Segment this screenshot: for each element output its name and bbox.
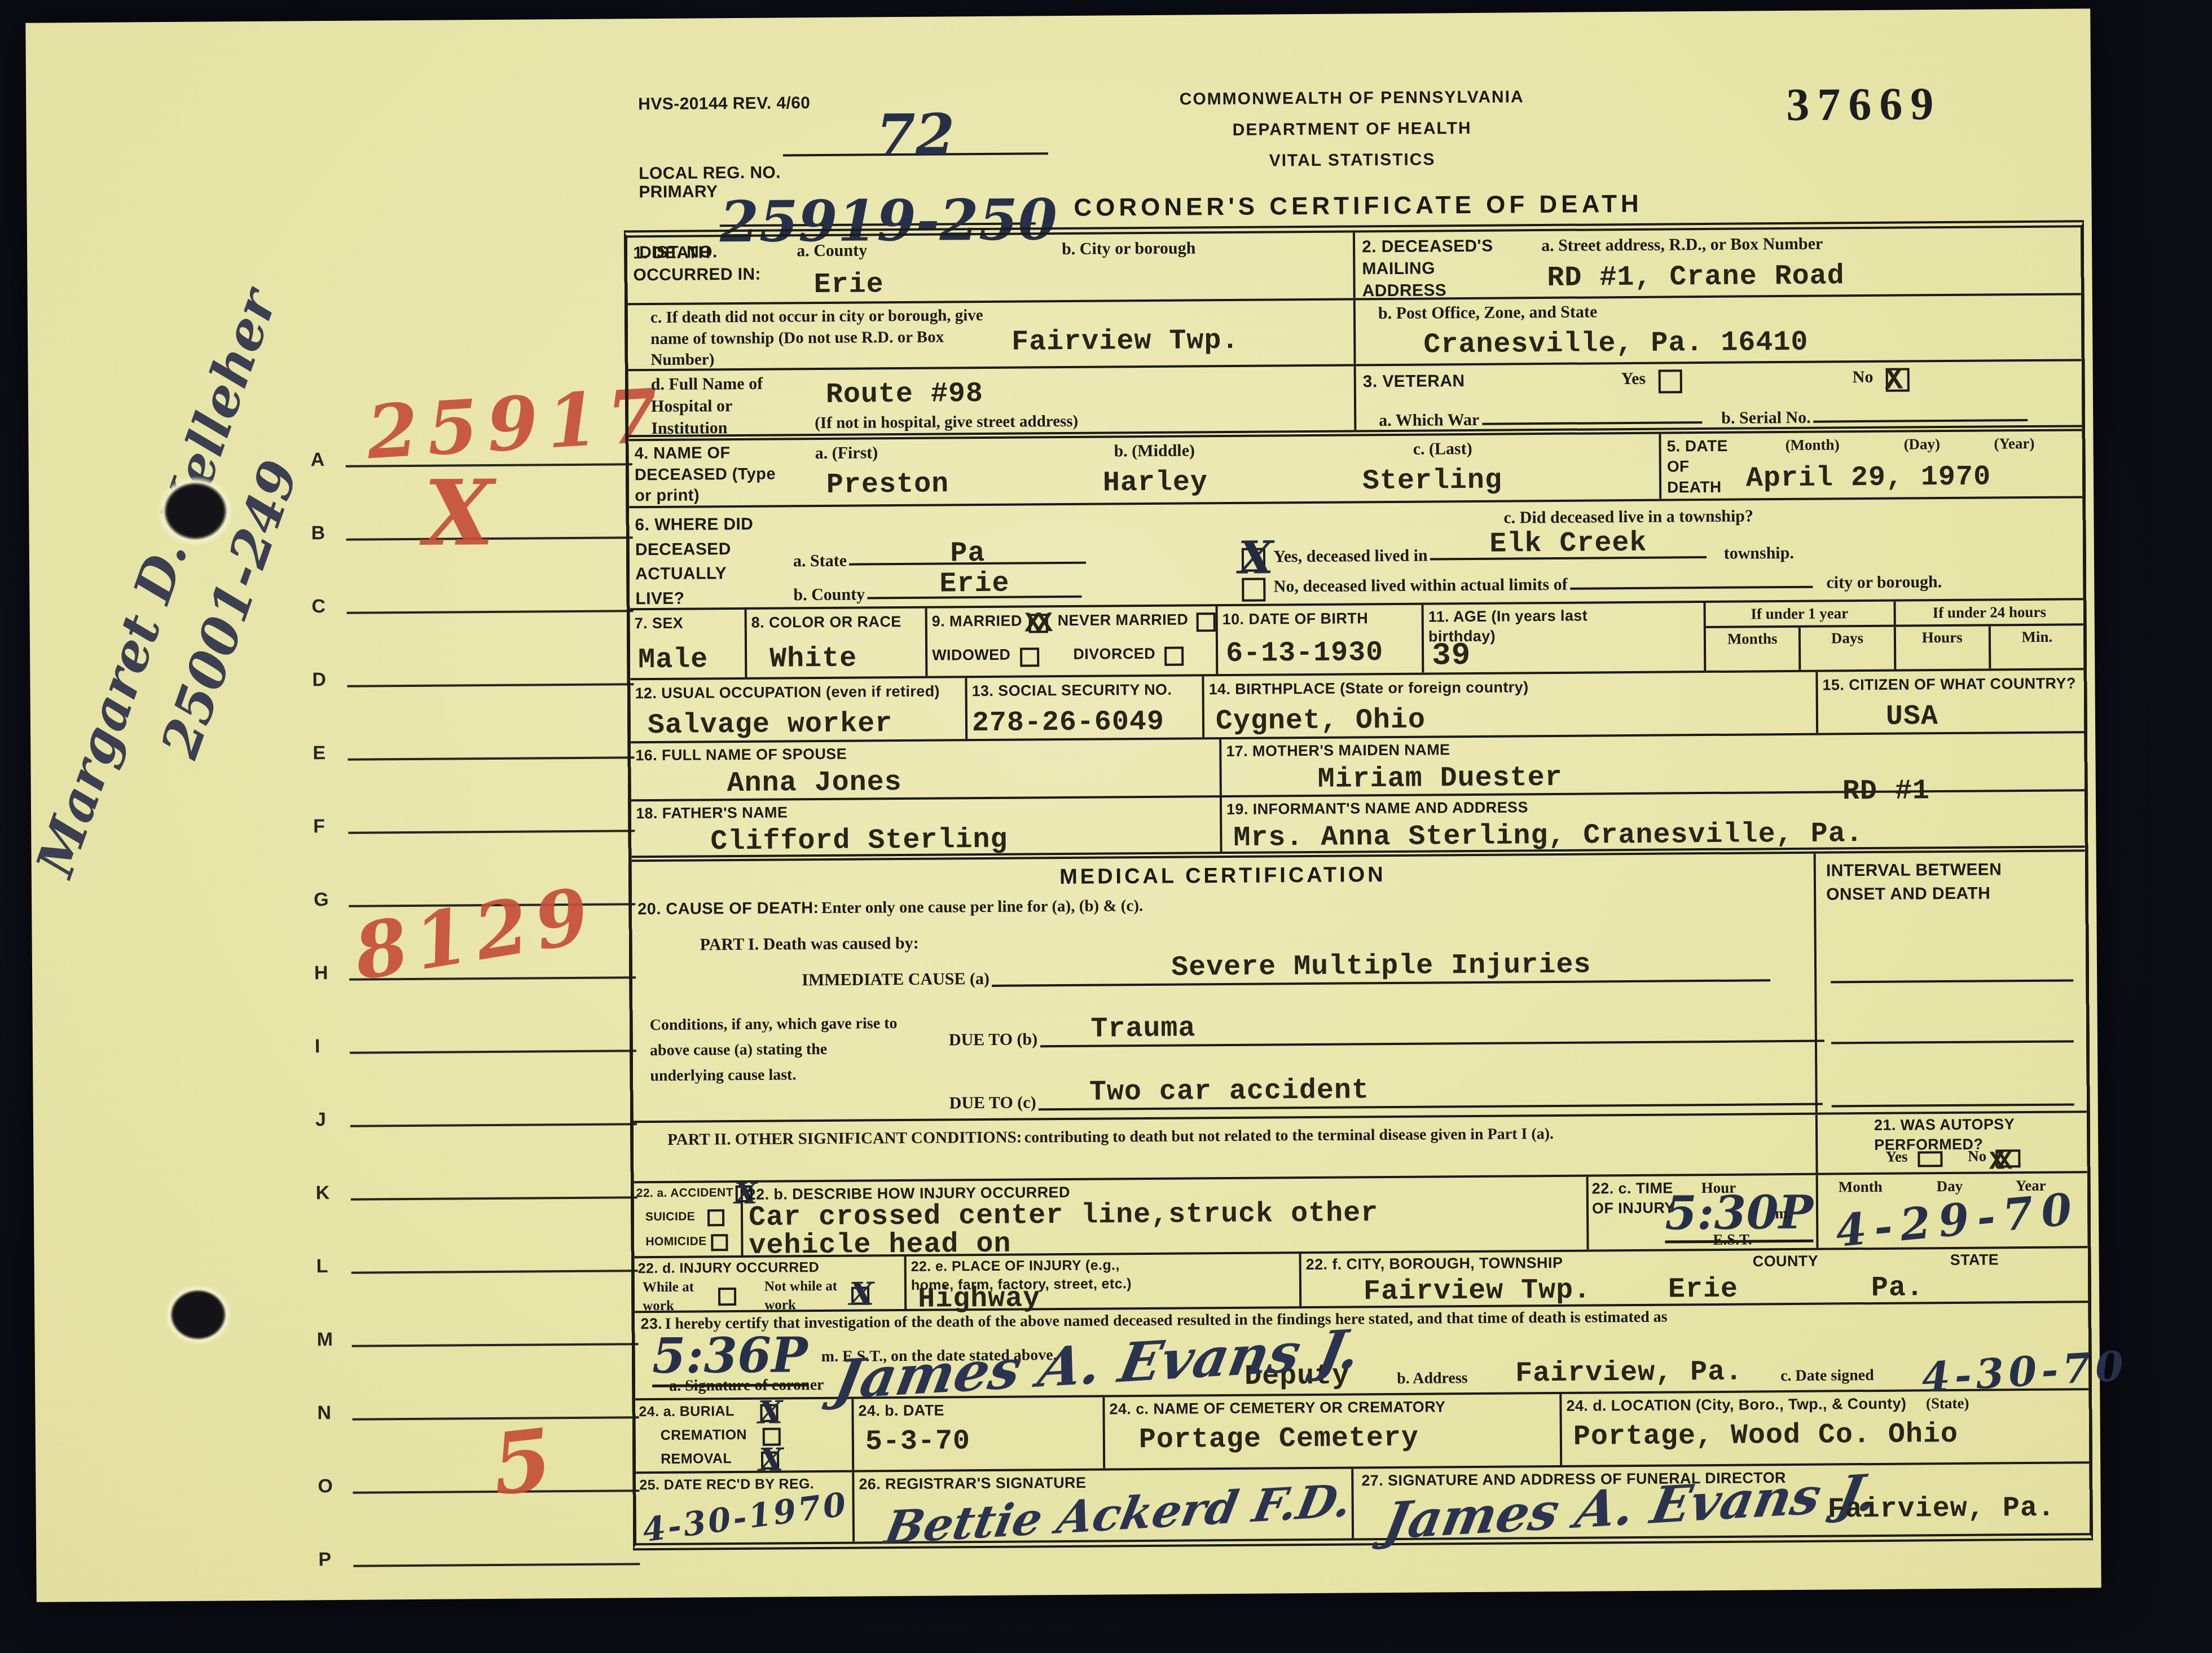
box8-label: 8. COLOR OR RACE <box>751 612 901 633</box>
county-header: COUNTY <box>1753 1251 1819 1272</box>
box6-no-checkbox <box>1242 578 1265 601</box>
vital-statistics: VITAL STATISTICS <box>1098 147 1606 173</box>
cause-a-value: Severe Multiple Injuries <box>1171 949 1591 984</box>
box14-label: 14. BIRTHPLACE (State or foreign country… <box>1208 677 1528 699</box>
box20-part1: PART I. Death was caused by: <box>700 932 919 956</box>
box24c-label: 24. c. NAME OF CEMETERY OR CREMATORY <box>1109 1397 1445 1419</box>
box2-top: 2. DECEASED'S MAILING ADDRESS a. Street … <box>1355 227 2081 298</box>
box6a-label: a. State <box>793 552 847 571</box>
interval-line-a <box>1831 980 2073 984</box>
box15: 15. CITIZEN OF WHAT COUNTRY? USA <box>1818 670 2084 733</box>
under-24-hours-header: If under 24 hours <box>1896 600 2083 624</box>
box3-no-mark: X <box>1885 363 1898 398</box>
certificate-title: CORONER'S CERTIFICATE OF DEATH <box>1059 188 1657 224</box>
local-reg-label: LOCAL REG. NO. <box>639 163 781 183</box>
index-letter: N <box>317 1402 331 1424</box>
box11-subtable: If under 1 year If under 24 hours Months… <box>1706 600 2084 671</box>
box22f-label: 22. f. CITY, BOROUGH, TOWNSHIP <box>1306 1253 1563 1275</box>
date-signed-label: c. Date signed <box>1780 1365 1874 1387</box>
box3a-label: a. Which War <box>1379 411 1479 430</box>
interval-label: INTERVAL BETWEEN ONSET AND DEATH <box>1826 858 2064 907</box>
box21: 21. WAS AUTOPSY PERFORMED? Yes No XX <box>1818 1113 2087 1172</box>
index-line <box>353 1563 640 1567</box>
red-annotation-25917: 25917 <box>364 372 669 475</box>
box9-divorced-label: DIVORCED <box>1073 645 1155 663</box>
index-line <box>347 610 634 614</box>
box4a-label: a. (First) <box>815 442 878 464</box>
department: DEPARTMENT OF HEALTH <box>1098 116 1606 142</box>
box22b-value1: Car crossed center line,struck other <box>749 1197 1379 1234</box>
interval-line-c <box>1832 1104 2074 1108</box>
part2: PART II. OTHER SIGNIFICANT CONDITIONS: c… <box>634 1115 1818 1182</box>
box3a-line <box>1482 404 1702 425</box>
index-letter: B <box>311 522 325 544</box>
local-reg: LOCAL REG. NO. 72 <box>639 123 1049 184</box>
dist-no-fill: 25919-250 <box>720 202 1036 227</box>
box5-day-label: (Day) <box>1903 434 1940 455</box>
box24c-value: Portage Cemetery <box>1139 1422 1419 1456</box>
box1d-note: (If not in hospital, give street address… <box>815 411 1078 434</box>
index-letter: J <box>315 1109 326 1131</box>
days-header: Days <box>1801 627 1896 670</box>
box24a: 24. a. BURIALX CREMATION REMOVALX <box>635 1399 854 1472</box>
local-reg-fill: 72 <box>783 123 1048 156</box>
box3-yes-label: Yes <box>1621 369 1646 388</box>
box18: 18. FATHER'S NAME Clifford Sterling <box>631 797 1222 856</box>
due-to-c-label: DUE TO (c) <box>949 1093 1036 1112</box>
box22e-value: Highway <box>918 1282 1040 1316</box>
box7-label: 7. SEX <box>635 614 684 634</box>
address-value: Fairview, Pa. <box>1515 1356 1743 1390</box>
box24d-value: Portage, Wood Co. Ohio <box>1573 1418 1958 1453</box>
box6-no-label: No, deceased lived within actual limits … <box>1274 575 1568 596</box>
box6b-label: b. County <box>793 585 865 604</box>
removal-label: REMOVAL <box>661 1451 732 1467</box>
box22b: 22. b. DESCRIBE HOW INJURY OCCURRED Car … <box>743 1177 1589 1255</box>
box13: 13. SOCIAL SECURITY NO. 278-26-6049 <box>967 676 1204 739</box>
box5-value: April 29, 1970 <box>1746 461 1991 495</box>
box13-value: 278-26-6049 <box>972 706 1164 739</box>
box17-extra: RD #1 <box>1842 775 1930 808</box>
box4-first: Preston <box>826 468 949 501</box>
box1d: d. Full Name of Hospital or Institution … <box>628 366 1357 435</box>
box9-married-checkbox: XX <box>1029 614 1048 633</box>
box9-married-label: 9. MARRIED <box>932 612 1022 630</box>
index-line <box>350 1123 637 1127</box>
box5-month-label: (Month) <box>1785 435 1839 455</box>
box4-last: Sterling <box>1362 465 1502 498</box>
box21-no-checkbox: XX <box>1996 1149 2021 1167</box>
cause-b-fill: Trauma <box>1040 1016 1824 1048</box>
box2a-label: a. Street address, R.D., or Box Number <box>1541 233 1823 257</box>
box4b-label: b. (Middle) <box>1114 439 1195 462</box>
index-line <box>347 683 634 687</box>
interval-line-b <box>1831 1041 2074 1044</box>
box20-note: Enter only one cause per line for (a), (… <box>821 897 1143 917</box>
box6-no-line <box>1570 569 1813 590</box>
box1c-label: c. If death did not occur in city or bor… <box>650 305 1001 371</box>
cause-b-value: Trauma <box>1090 1012 1195 1045</box>
box19-value: Mrs. Anna Sterling, Cranesville, Pa. <box>1233 818 1863 854</box>
index-letter: K <box>316 1182 330 1204</box>
box6a-fill: Pa <box>849 541 1086 566</box>
box14-value: Cygnet, Ohio <box>1216 704 1426 738</box>
box3: 3. VETERAN Yes No X a. Which War b. Seri… <box>1356 361 2082 430</box>
immediate-cause-label: IMMEDIATE CAUSE (a) <box>802 969 990 989</box>
index-letter: I <box>315 1035 320 1057</box>
box20-label: 20. CAUSE OF DEATH: <box>637 899 819 918</box>
box22c-label: 22. c. TIME OF INJURY <box>1592 1178 1677 1218</box>
box2b: b. Post Office, Zone, and State Cranesvi… <box>1356 295 2082 364</box>
accident-label: 22. a. ACCIDENT <box>636 1186 733 1200</box>
box25: 25. DATE REC'D BY REG. 4-30-1970 <box>636 1473 855 1544</box>
cremation-label: CREMATION <box>661 1427 747 1443</box>
index-letter: D <box>312 669 326 691</box>
box24b-value: 5-3-70 <box>865 1425 970 1458</box>
box1b-label: b. City or borough <box>1062 237 1196 260</box>
box9-divorced-checkbox <box>1164 646 1184 665</box>
index-line <box>351 1196 637 1201</box>
box27: 27. SIGNATURE AND ADDRESS OF FUNERAL DIR… <box>1353 1464 2090 1538</box>
index-line <box>348 756 634 761</box>
box7: 7. SEX Male <box>630 610 747 678</box>
header-center: COMMONWEALTH OF PENNSYLVANIA DEPARTMENT … <box>1098 85 1606 173</box>
under-1-year-header: If under 1 year <box>1706 602 1896 626</box>
certificate-paper: Margaret D. Kelleher 25001-249 A B C D E… <box>25 8 2101 1602</box>
box1d-value: Route #98 <box>826 378 983 411</box>
box5-label: 5. DATE OF DEATH <box>1666 436 1746 498</box>
due-to-b-label: DUE TO (b) <box>949 1030 1037 1049</box>
box12: 12. USUAL OCCUPATION (even if retired) S… <box>630 678 968 741</box>
box22c: 22. c. TIME OF INJURY Hour 5:30P m. E.S.… <box>1589 1175 1819 1250</box>
primary-label: PRIMARY <box>639 180 718 203</box>
suicide-label: SUICIDE <box>645 1210 695 1224</box>
box6-yes-checkbox: X <box>1242 548 1265 571</box>
box2b-value: Cranesville, Pa. 16410 <box>1423 327 1808 362</box>
box3-no-label: No <box>1853 368 1874 386</box>
box2b-label: b. Post Office, Zone, and State <box>1378 301 1598 324</box>
box22d: 22. d. INJURY OCCURRED While at work Not… <box>635 1257 907 1311</box>
clerk-name: Margaret D. Kelleher <box>0 118 354 1048</box>
box6-label: 6. WHERE DID DECEASED ACTUALLY LIVE? <box>635 512 759 611</box>
state-value: Pa. <box>1871 1272 1924 1304</box>
box3b-label: b. Serial No. <box>1721 408 1811 427</box>
address-label: b. Address <box>1397 1368 1468 1389</box>
box21-no-label: No <box>1968 1148 1986 1165</box>
index-line <box>348 830 635 834</box>
removal-checkbox: X <box>761 1451 779 1469</box>
month-header: Month <box>1839 1177 1883 1197</box>
box10-label: 10. DATE OF BIRTH <box>1222 609 1369 629</box>
box19: 19. INFORMANT'S NAME AND ADDRESS Mrs. An… <box>1222 791 2085 852</box>
index-letter: G <box>314 889 329 911</box>
red-annotation-x: X <box>424 460 494 566</box>
box17: 17. MOTHER'S MAIDEN NAME Miriam Duester … <box>1221 733 2085 795</box>
hours-header: Hours <box>1896 627 1991 669</box>
box4-label: 4. NAME OF DECEASED (Type or print) <box>635 443 776 508</box>
box14: 14. BIRTHPLACE (State or foreign country… <box>1204 672 1818 738</box>
box13-label: 13. SOCIAL SECURITY NO. <box>971 680 1172 702</box>
box9-never-label: NEVER MARRIED <box>1058 611 1189 629</box>
index-letter: A <box>311 449 325 471</box>
box24d-label: 24. d. LOCATION (City, Boro., Twp., & Co… <box>1566 1395 1906 1414</box>
box24b: 24. b. DATE 5-3-70 <box>854 1398 1105 1470</box>
box6b-fill: Erie <box>867 575 1081 600</box>
box21-yes-checkbox <box>1918 1151 1943 1167</box>
box26: 26. REGISTRAR'S SIGNATURE Bettie Ackerd … <box>854 1469 1354 1541</box>
box15-label: 15. CITIZEN OF WHAT COUNTRY? <box>1822 673 2075 695</box>
cause-a-fill: Severe Multiple Injuries <box>992 955 1770 987</box>
box23: 23. I hereby certify that investigation … <box>635 1303 2088 1398</box>
index-letter: H <box>314 962 328 984</box>
box9-widowed-checkbox <box>1020 647 1039 667</box>
box6-yes-label: Yes, deceased lived in <box>1273 546 1428 566</box>
state-header: STATE <box>1950 1250 1999 1270</box>
index-letter: E <box>313 742 326 764</box>
box24d-state-label: (State) <box>1926 1395 1969 1412</box>
box18-value: Clifford Sterling <box>710 824 1008 858</box>
box24c: 24. c. NAME OF CEMETERY OR CREMATORY Por… <box>1105 1394 1562 1469</box>
est-label: E.S.T. <box>1713 1229 1752 1250</box>
box16-label: 16. FULL NAME OF SPOUSE <box>635 744 847 766</box>
box1-top: 1. DEATH OCCURRED IN: a. County Erie b. … <box>627 232 1356 303</box>
box3-label: 3. VETERAN <box>1363 370 1465 393</box>
certificate-number-stamp: 37669 <box>1786 77 1942 131</box>
homicide-label: HOMICIDE <box>645 1235 706 1248</box>
box1c-value: Fairview Twp. <box>1012 325 1239 359</box>
conditions-note: Conditions, if any, which gave rise to a… <box>650 1011 904 1089</box>
burial-label: 24. a. BURIAL <box>639 1403 734 1420</box>
time-m-suffix: m. <box>1775 1204 1791 1223</box>
certificate-form: 1. DEATH OCCURRED IN: a. County Erie b. … <box>624 220 2093 1550</box>
box4-middle: Harley <box>1103 466 1208 499</box>
red-annotation-5: 5 <box>487 1409 557 1515</box>
box25-label: 25. DATE REC'D BY REG. <box>639 1475 814 1495</box>
box6-township-value: Elk Creek <box>1489 527 1647 561</box>
while-at-work-checkbox <box>718 1288 736 1306</box>
box1c: c. If death did not occur in city or bor… <box>628 300 1356 369</box>
box3-yes-checkbox <box>1658 369 1682 393</box>
box17-label: 17. MOTHER'S MAIDEN NAME <box>1226 740 1450 761</box>
photo-background: Margaret D. Kelleher 25001-249 A B C D E… <box>0 0 2212 1653</box>
cause-c-fill: Two car accident <box>1039 1079 1823 1111</box>
commonwealth: COMMONWEALTH OF PENNSYLVANIA <box>1098 85 1606 111</box>
part2-label: PART II. OTHER SIGNIFICANT CONDITIONS: <box>667 1129 1022 1149</box>
box6-township-fill: Elk Creek <box>1430 536 1707 560</box>
box11: 11. AGE (In years last birthday) 39 If u… <box>1424 600 2084 672</box>
box21-yes-label: Yes <box>1885 1148 1907 1165</box>
local-reg-value: 72 <box>876 101 955 168</box>
box16-value: Anna Jones <box>727 766 902 800</box>
index-letter: F <box>313 816 325 837</box>
burial-checkbox: X <box>760 1404 779 1422</box>
county-value: Erie <box>1668 1273 1738 1306</box>
box1-label: 1. DEATH OCCURRED IN: <box>633 241 763 286</box>
box3b-line <box>1813 402 2028 423</box>
medical-certification-title: MEDICAL CERTIFICATION <box>632 858 1814 894</box>
min-header: Min. <box>1991 625 2084 668</box>
form-number: HVS-20144 REV. 4/60 <box>638 92 810 115</box>
box2a-value: RD #1, Crane Road <box>1547 260 1844 294</box>
box24d: 24. d. LOCATION (City, Boro., Twp., & Co… <box>1562 1390 2089 1465</box>
box22f: 22. f. CITY, BOROUGH, TOWNSHIP COUNTY ST… <box>1301 1248 2088 1306</box>
box6: 6. WHERE DID DECEASED ACTUALLY LIVE? a. … <box>629 498 2083 608</box>
not-while-at-work-checkbox: X <box>851 1286 869 1304</box>
index-letter: M <box>316 1329 333 1351</box>
box6-city-suffix: city or borough. <box>1826 572 1942 592</box>
box11-age: 11. AGE (In years last birthday) 39 <box>1424 603 1707 672</box>
box12-label: 12. USUAL OCCUPATION (even if retired) <box>635 682 940 704</box>
box4c-label: c. (Last) <box>1413 438 1472 460</box>
box21-no-mark: XX <box>1989 1147 2005 1176</box>
box15-value: USA <box>1886 700 1938 733</box>
box6c-label: c. Did deceased live in a township? <box>1503 505 1753 528</box>
box4: 4. NAME OF DECEASED (Type or print) a. (… <box>628 434 1661 506</box>
index-letter: O <box>318 1475 333 1497</box>
box2-label: 2. DECEASED'S MAILING ADDRESS <box>1362 235 1498 302</box>
while-at-work-label: While at work <box>643 1278 716 1315</box>
box22-date: Month Day Year 4-29-70 <box>1818 1173 2088 1248</box>
box22f-value: Fairview Twp. <box>1364 1274 1591 1308</box>
punch-hole-bottom <box>156 1276 241 1353</box>
box9: 9. MARRIED XX NEVER MARRIED WIDOWED DIVO… <box>927 606 1219 676</box>
box8: 8. COLOR OR RACE White <box>747 609 928 677</box>
index-line <box>350 1050 636 1054</box>
box11-value: 39 <box>1432 637 1471 673</box>
cause-c-value: Two car accident <box>1089 1074 1369 1108</box>
part2-note: contributing to death but not related to… <box>1024 1125 1554 1147</box>
index-letter: C <box>311 596 326 618</box>
signature-of-coroner-label: a. Signature of coroner <box>669 1375 824 1396</box>
box16: 16. FULL NAME OF SPOUSE Anna Jones <box>631 739 1222 799</box>
box17-value: Miriam Duester <box>1317 762 1562 796</box>
box5: 5. DATE OF DEATH (Month) (Day) (Year) Ap… <box>1661 431 2082 499</box>
index-line <box>352 1343 639 1347</box>
box9-married-mark: XX <box>1024 608 1047 640</box>
index-letter: L <box>316 1255 328 1277</box>
box6-township-suffix: township. <box>1723 544 1793 563</box>
funeral-director-address: Fairview, Pa. <box>1828 1492 2055 1526</box>
box9-widowed-label: WIDOWED <box>932 646 1010 664</box>
interval-column: INTERVAL BETWEEN ONSET AND DEATH <box>1816 852 2087 1112</box>
box10: 10. DATE OF BIRTH 6-13-1930 <box>1218 605 1424 675</box>
box22a: 22. a. ACCIDENTX SUICIDE HOMICIDE <box>634 1183 744 1256</box>
box10-value: 6-13-1930 <box>1226 637 1383 670</box>
box9-never-checkbox <box>1197 612 1216 632</box>
box5-year-label: (Year) <box>1994 434 2034 454</box>
not-while-mark: X <box>849 1275 874 1312</box>
box20: MEDICAL CERTIFICATION 20. CAUSE OF DEATH… <box>632 854 1818 1121</box>
box1d-label: d. Full Name of Hospital or Institution <box>651 372 810 439</box>
index-line <box>351 1269 638 1274</box>
box3-no-checkbox: X <box>1886 368 1910 391</box>
box19-label: 19. INFORMANT'S NAME AND ADDRESS <box>1226 797 1528 819</box>
box1a-label: a. County <box>797 239 867 262</box>
homicide-checkbox <box>711 1234 728 1251</box>
box18-label: 18. FATHER'S NAME <box>636 803 788 823</box>
index-letter: P <box>318 1549 331 1571</box>
box8-value: White <box>769 643 857 676</box>
box7-value: Male <box>638 643 708 676</box>
box6a-value: Pa <box>950 537 985 570</box>
box22e: 22. e. PLACE OF INJURY (e.g., home, farm… <box>907 1254 1302 1309</box>
box25-value: 4-30-1970 <box>640 1485 850 1550</box>
box1a-value: Erie <box>813 268 883 301</box>
box22d-label: 22. d. INJURY OCCURRED <box>638 1258 820 1278</box>
box12-value: Salvage worker <box>648 708 892 742</box>
months-header: Months <box>1706 628 1801 671</box>
suicide-checkbox <box>707 1209 724 1226</box>
day-header: Day <box>1937 1176 1963 1196</box>
box6b-value: Erie <box>939 568 1009 601</box>
not-while-at-work-label: Not while at work <box>764 1277 849 1315</box>
